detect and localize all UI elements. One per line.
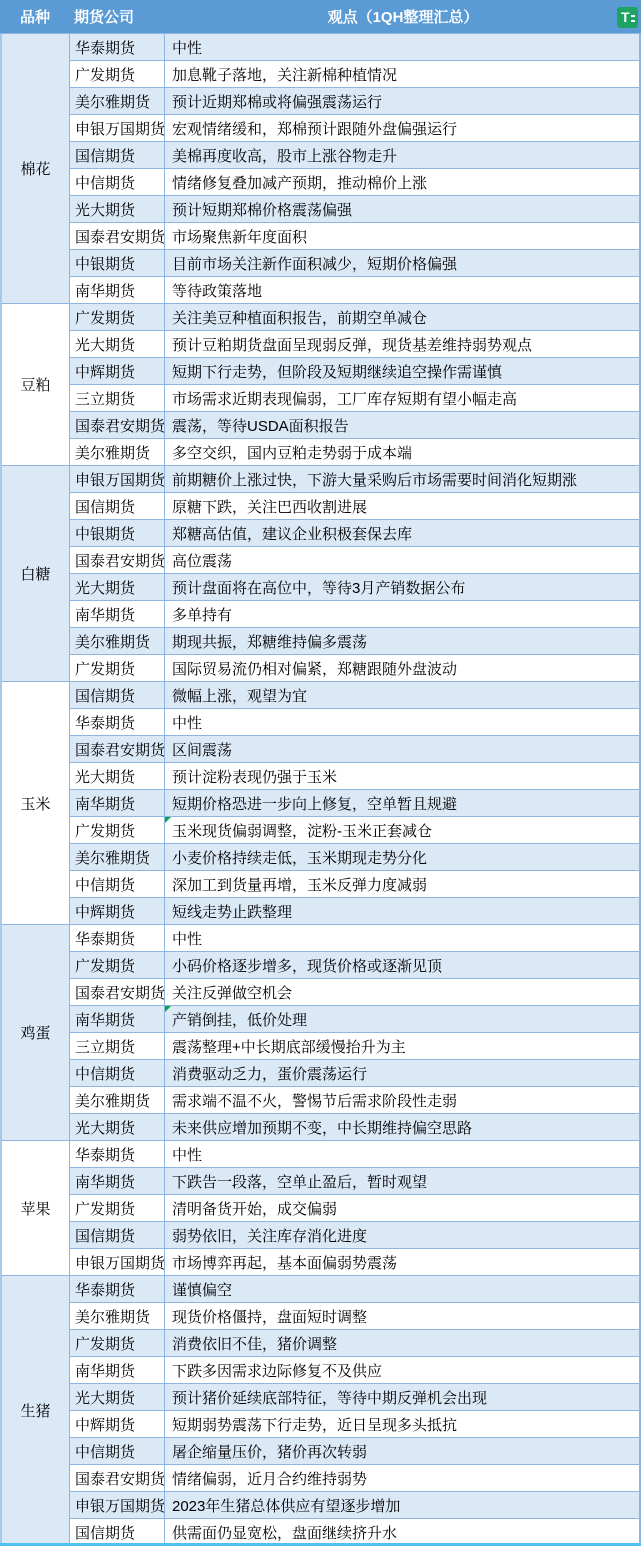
table-row: 中信期货消费驱动乏力，蛋价震荡运行 <box>70 1060 639 1087</box>
company-cell[interactable]: 广发期货 <box>70 952 165 978</box>
company-cell[interactable]: 广发期货 <box>70 304 165 330</box>
company-cell[interactable]: 申银万国期货 <box>70 1249 165 1275</box>
table-row: 国泰君安期货区间震荡 <box>70 736 639 763</box>
company-cell[interactable]: 光大期货 <box>70 331 165 357</box>
company-cell[interactable]: 中信期货 <box>70 871 165 897</box>
variety-rows: 华泰期货中性广发期货小码价格逐步增多，现货价格或逐渐见顶国泰君安期货关注反弹做空… <box>70 925 639 1140</box>
table-row: 华泰期货中性 <box>70 1141 639 1168</box>
opinion-cell[interactable]: 美棉再度收高，股市上涨谷物走升 <box>165 142 639 168</box>
table-row: 国泰君安期货关注反弹做空机会 <box>70 979 639 1006</box>
opinion-cell[interactable]: 高位震荡 <box>165 547 639 573</box>
opinions-table: 品种 期货公司 观点（1QH整理汇总） T 棉花华泰期货中性广发期货加息靴子落地… <box>0 0 641 1546</box>
variety-cell[interactable]: 白糖 <box>2 466 70 681</box>
variety-cell[interactable]: 生猪 <box>2 1276 70 1545</box>
company-cell[interactable]: 中信期货 <box>70 1438 165 1464</box>
opinion-cell[interactable]: 玉米现货偏弱调整，淀粉-玉米正套减仓 <box>165 817 639 843</box>
company-cell[interactable]: 南华期货 <box>70 601 165 627</box>
table-row: 美尔雅期货需求端不温不火，警惕节后需求阶段性走弱 <box>70 1087 639 1114</box>
company-cell[interactable]: 光大期货 <box>70 1114 165 1140</box>
company-cell[interactable]: 国泰君安期货 <box>70 979 165 1005</box>
opinion-cell[interactable]: 2023年生猪总体供应有望逐步增加 <box>165 1492 639 1518</box>
variety-rows: 华泰期货中性南华期货下跌告一段落，空单止盈后，暂时观望广发期货清明备货开始，成交… <box>70 1141 639 1275</box>
opinion-cell[interactable]: 关注反弹做空机会 <box>165 979 639 1005</box>
opinion-cell[interactable]: 下跌多因需求边际修复不及供应 <box>165 1357 639 1383</box>
company-cell[interactable]: 华泰期货 <box>70 925 165 951</box>
opinion-cell[interactable]: 深加工到货量再增，玉米反弹力度减弱 <box>165 871 639 897</box>
opinion-cell[interactable]: 原糖下跌，关注巴西收割进展 <box>165 493 639 519</box>
company-cell[interactable]: 华泰期货 <box>70 1141 165 1167</box>
opinion-cell[interactable]: 下跌告一段落，空单止盈后，暂时观望 <box>165 1168 639 1194</box>
header-opinion[interactable]: 观点（1QH整理汇总） <box>165 0 641 33</box>
opinion-cell[interactable]: 小码价格逐步增多，现货价格或逐渐见顶 <box>165 952 639 978</box>
opinion-cell[interactable]: 震荡，等待USDA面积报告 <box>165 412 639 438</box>
opinion-cell[interactable]: 消费依旧不佳，猪价调整 <box>165 1330 639 1356</box>
opinion-cell[interactable]: 短期下行走势，但阶段及短期继续追空操作需谨慎 <box>165 358 639 384</box>
table-row: 中银期货郑糖高估值，建议企业积极套保去库 <box>70 520 639 547</box>
table-row: 国泰君安期货震荡，等待USDA面积报告 <box>70 412 639 439</box>
opinion-cell[interactable]: 市场聚焦新年度面积 <box>165 223 639 249</box>
table-row: 华泰期货中性 <box>70 34 639 61</box>
opinion-cell[interactable]: 关注美豆种植面积报告，前期空单减仓 <box>165 304 639 330</box>
variety-cell[interactable]: 鸡蛋 <box>2 925 70 1140</box>
table-row: 申银万国期货宏观情绪缓和，郑棉预计跟随外盘偏强运行 <box>70 115 639 142</box>
table-row: 三立期货震荡整理+中长期底部缓慢抬升为主 <box>70 1033 639 1060</box>
table-row: 中辉期货短期下行走势，但阶段及短期继续追空操作需谨慎 <box>70 358 639 385</box>
table-row: 国信期货原糖下跌，关注巴西收割进展 <box>70 493 639 520</box>
opinion-cell[interactable]: 宏观情绪缓和，郑棉预计跟随外盘偏强运行 <box>165 115 639 141</box>
table-row: 广发期货小码价格逐步增多，现货价格或逐渐见顶 <box>70 952 639 979</box>
table-row: 申银万国期货2023年生猪总体供应有望逐步增加 <box>70 1492 639 1519</box>
table-row: 美尔雅期货预计近期郑棉或将偏强震荡运行 <box>70 88 639 115</box>
opinion-cell[interactable]: 加息靴子落地，关注新棉种植情况 <box>165 61 639 87</box>
table-header-row: 品种 期货公司 观点（1QH整理汇总） T <box>0 0 641 34</box>
opinion-cell[interactable]: 前期糖价上涨过快，下游大量采购后市场需要时间消化短期涨 <box>165 466 639 492</box>
company-cell[interactable]: 中信期货 <box>70 1060 165 1086</box>
table-row: 国信期货美棉再度收高，股市上涨谷物走升 <box>70 142 639 169</box>
company-cell[interactable]: 国信期货 <box>70 493 165 519</box>
table-row: 光大期货预计短期郑棉价格震荡偏强 <box>70 196 639 223</box>
company-cell[interactable]: 光大期货 <box>70 1384 165 1410</box>
opinion-cell[interactable]: 多单持有 <box>165 601 639 627</box>
table-row: 广发期货玉米现货偏弱调整，淀粉-玉米正套减仓 <box>70 817 639 844</box>
variety-group: 白糖申银万国期货前期糖价上涨过快，下游大量采购后市场需要时间消化短期涨国信期货原… <box>2 466 639 682</box>
opinion-cell[interactable]: 预计猪价延续底部特征，等待中期反弹机会出现 <box>165 1384 639 1410</box>
opinion-cell[interactable]: 短期弱势震荡下行走势，近日呈现多头抵抗 <box>165 1411 639 1437</box>
company-cell[interactable]: 国信期货 <box>70 1222 165 1248</box>
table-row: 华泰期货谨慎偏空 <box>70 1276 639 1303</box>
company-cell[interactable]: 中辉期货 <box>70 1411 165 1437</box>
table-row: 国泰君安期货市场聚焦新年度面积 <box>70 223 639 250</box>
company-cell[interactable]: 中银期货 <box>70 250 165 276</box>
opinion-cell[interactable]: 微幅上涨，观望为宜 <box>165 682 639 708</box>
company-cell[interactable]: 中辉期货 <box>70 358 165 384</box>
table-row: 广发期货清明备货开始，成交偏弱 <box>70 1195 639 1222</box>
variety-rows: 申银万国期货前期糖价上涨过快，下游大量采购后市场需要时间消化短期涨国信期货原糖下… <box>70 466 639 681</box>
company-cell[interactable]: 华泰期货 <box>70 709 165 735</box>
table-body: 棉花华泰期货中性广发期货加息靴子落地，关注新棉种植情况美尔雅期货预计近期郑棉或将… <box>0 34 641 1546</box>
opinion-cell[interactable]: 小麦价格持续走低，玉米期现走势分化 <box>165 844 639 870</box>
opinion-cell[interactable]: 产销倒挂，低价处理 <box>165 1006 639 1032</box>
company-cell[interactable]: 光大期货 <box>70 196 165 222</box>
table-row: 美尔雅期货期现共振，郑糖维持偏多震荡 <box>70 628 639 655</box>
table-row: 美尔雅期货小麦价格持续走低，玉米期现走势分化 <box>70 844 639 871</box>
company-cell[interactable]: 广发期货 <box>70 817 165 843</box>
table-row: 国信期货微幅上涨，观望为宜 <box>70 682 639 709</box>
variety-rows: 国信期货微幅上涨，观望为宜华泰期货中性国泰君安期货区间震荡光大期货预计淀粉表现仍… <box>70 682 639 924</box>
variety-group: 生猪华泰期货谨慎偏空美尔雅期货现货价格僵持，盘面短时调整广发期货消费依旧不佳，猪… <box>2 1276 639 1546</box>
header-company[interactable]: 期货公司 <box>70 0 165 33</box>
opinion-cell[interactable]: 情绪偏弱，近月合约维持弱势 <box>165 1465 639 1491</box>
opinion-cell[interactable]: 等待政策落地 <box>165 277 639 303</box>
variety-group: 豆粕广发期货关注美豆种植面积报告，前期空单减仓光大期货预计豆粕期货盘面呈现弱反弹… <box>2 304 639 466</box>
variety-cell[interactable]: 棉花 <box>2 34 70 303</box>
variety-group: 玉米国信期货微幅上涨，观望为宜华泰期货中性国泰君安期货区间震荡光大期货预计淀粉表… <box>2 682 639 925</box>
opinion-cell[interactable]: 区间震荡 <box>165 736 639 762</box>
table-row: 申银万国期货市场博弈再起，基本面偏弱势震荡 <box>70 1249 639 1275</box>
company-cell[interactable]: 美尔雅期货 <box>70 1303 165 1329</box>
table-row: 国泰君安期货高位震荡 <box>70 547 639 574</box>
opinion-cell[interactable]: 中性 <box>165 925 639 951</box>
company-cell[interactable]: 南华期货 <box>70 277 165 303</box>
opinion-cell[interactable]: 供需面仍显宽松，盘面继续挤升水 <box>165 1519 639 1545</box>
table-row: 光大期货预计猪价延续底部特征，等待中期反弹机会出现 <box>70 1384 639 1411</box>
table-row: 光大期货未来供应增加预期不变，中长期维持偏空思路 <box>70 1114 639 1140</box>
table-row: 南华期货多单持有 <box>70 601 639 628</box>
table-row: 南华期货下跌多因需求边际修复不及供应 <box>70 1357 639 1384</box>
opinion-cell[interactable]: 屠企缩量压价，猪价再次转弱 <box>165 1438 639 1464</box>
table-row: 华泰期货中性 <box>70 925 639 952</box>
opinion-cell[interactable]: 短期价格恐进一步向上修复，空单暂且规避 <box>165 790 639 816</box>
table-row: 中信期货情绪修复叠加减产预期，推动棉价上涨 <box>70 169 639 196</box>
opinion-cell[interactable]: 谨慎偏空 <box>165 1276 639 1302</box>
company-cell[interactable]: 广发期货 <box>70 1195 165 1221</box>
company-cell[interactable]: 美尔雅期货 <box>70 844 165 870</box>
opinion-cell[interactable]: 多空交织，国内豆粕走势弱于成本端 <box>165 439 639 465</box>
table-row: 光大期货预计淀粉表现仍强于玉米 <box>70 763 639 790</box>
company-cell[interactable]: 国信期货 <box>70 1519 165 1545</box>
company-cell[interactable]: 美尔雅期货 <box>70 1087 165 1113</box>
opinion-cell[interactable]: 情绪修复叠加减产预期，推动棉价上涨 <box>165 169 639 195</box>
company-cell[interactable]: 广发期货 <box>70 61 165 87</box>
company-cell[interactable]: 美尔雅期货 <box>70 439 165 465</box>
opinion-cell[interactable]: 弱势依旧，关注库存消化进度 <box>165 1222 639 1248</box>
company-cell[interactable]: 国信期货 <box>70 682 165 708</box>
opinion-cell[interactable]: 消费驱动乏力，蛋价震荡运行 <box>165 1060 639 1086</box>
company-cell[interactable]: 南华期货 <box>70 1006 165 1032</box>
variety-group: 鸡蛋华泰期货中性广发期货小码价格逐步增多，现货价格或逐渐见顶国泰君安期货关注反弹… <box>2 925 639 1141</box>
variety-group: 棉花华泰期货中性广发期货加息靴子落地，关注新棉种植情况美尔雅期货预计近期郑棉或将… <box>2 34 639 304</box>
table-row: 华泰期货中性 <box>70 709 639 736</box>
opinion-cell[interactable]: 清明备货开始，成交偏弱 <box>165 1195 639 1221</box>
opinion-cell[interactable]: 预计盘面将在高位中，等待3月产销数据公布 <box>165 574 639 600</box>
opinion-cell[interactable]: 震荡整理+中长期底部缓慢抬升为主 <box>165 1033 639 1059</box>
opinion-cell[interactable]: 中性 <box>165 1141 639 1167</box>
variety-rows: 华泰期货中性广发期货加息靴子落地，关注新棉种植情况美尔雅期货预计近期郑棉或将偏强… <box>70 34 639 303</box>
table-row: 美尔雅期货多空交织，国内豆粕走势弱于成本端 <box>70 439 639 465</box>
table-row: 国信期货弱势依旧，关注库存消化进度 <box>70 1222 639 1249</box>
company-cell[interactable]: 申银万国期货 <box>70 1492 165 1518</box>
cell-flag-triangle-icon <box>165 1006 171 1012</box>
variety-rows: 广发期货关注美豆种植面积报告，前期空单减仓光大期货预计豆粕期货盘面呈现弱反弹，现… <box>70 304 639 465</box>
company-cell[interactable]: 国泰君安期货 <box>70 223 165 249</box>
opinion-cell[interactable]: 市场需求近期表现偏弱，工厂库存短期有望小幅走高 <box>165 385 639 411</box>
company-cell[interactable]: 中辉期货 <box>70 898 165 924</box>
company-cell[interactable]: 国泰君安期货 <box>70 547 165 573</box>
variety-cell[interactable]: 苹果 <box>2 1141 70 1275</box>
table-row: 广发期货关注美豆种植面积报告，前期空单减仓 <box>70 304 639 331</box>
opinion-cell[interactable]: 未来供应增加预期不变，中长期维持偏空思路 <box>165 1114 639 1140</box>
opinion-cell[interactable]: 期现共振，郑糖维持偏多震荡 <box>165 628 639 654</box>
company-cell[interactable]: 三立期货 <box>70 1033 165 1059</box>
opinion-cell[interactable]: 目前市场关注新作面积减少，短期价格偏强 <box>165 250 639 276</box>
company-cell[interactable]: 国信期货 <box>70 142 165 168</box>
company-cell[interactable]: 南华期货 <box>70 790 165 816</box>
company-cell[interactable]: 申银万国期货 <box>70 115 165 141</box>
company-cell[interactable]: 南华期货 <box>70 1357 165 1383</box>
company-cell[interactable]: 申银万国期货 <box>70 466 165 492</box>
table-row: 南华期货等待政策落地 <box>70 277 639 303</box>
opinion-cell[interactable]: 国际贸易流仍相对偏紧，郑糖跟随外盘波动 <box>165 655 639 681</box>
opinion-cell[interactable]: 预计短期郑棉价格震荡偏强 <box>165 196 639 222</box>
opinion-cell[interactable]: 预计豆粕期货盘面呈现弱反弹，现货基差维持弱势观点 <box>165 331 639 357</box>
company-cell[interactable]: 广发期货 <box>70 655 165 681</box>
table-row: 中信期货屠企缩量压价，猪价再次转弱 <box>70 1438 639 1465</box>
table-row: 国信期货供需面仍显宽松，盘面继续挤升水 <box>70 1519 639 1545</box>
logo-letter: T <box>621 7 630 28</box>
company-cell[interactable]: 广发期货 <box>70 1330 165 1356</box>
company-cell[interactable]: 国泰君安期货 <box>70 412 165 438</box>
table-row: 广发期货加息靴子落地，关注新棉种植情况 <box>70 61 639 88</box>
opinion-cell[interactable]: 现货价格僵持，盘面短时调整 <box>165 1303 639 1329</box>
logo-T-icon: T <box>617 7 638 28</box>
table-row: 光大期货预计豆粕期货盘面呈现弱反弹，现货基差维持弱势观点 <box>70 331 639 358</box>
table-row: 广发期货国际贸易流仍相对偏紧，郑糖跟随外盘波动 <box>70 655 639 681</box>
logo-bars-icon <box>631 15 635 17</box>
variety-cell[interactable]: 豆粕 <box>2 304 70 465</box>
table-row: 光大期货预计盘面将在高位中，等待3月产销数据公布 <box>70 574 639 601</box>
variety-group: 苹果华泰期货中性南华期货下跌告一段落，空单止盈后，暂时观望广发期货清明备货开始，… <box>2 1141 639 1276</box>
company-cell[interactable]: 光大期货 <box>70 574 165 600</box>
header-variety[interactable]: 品种 <box>0 0 70 33</box>
company-cell[interactable]: 美尔雅期货 <box>70 88 165 114</box>
company-cell[interactable]: 中银期货 <box>70 520 165 546</box>
company-cell[interactable]: 三立期货 <box>70 385 165 411</box>
table-row: 南华期货短期价格恐进一步向上修复，空单暂且规避 <box>70 790 639 817</box>
table-row: 中银期货目前市场关注新作面积减少，短期价格偏强 <box>70 250 639 277</box>
table-row: 三立期货市场需求近期表现偏弱，工厂库存短期有望小幅走高 <box>70 385 639 412</box>
table-row: 广发期货消费依旧不佳，猪价调整 <box>70 1330 639 1357</box>
table-row: 国泰君安期货情绪偏弱，近月合约维持弱势 <box>70 1465 639 1492</box>
company-cell[interactable]: 光大期货 <box>70 763 165 789</box>
opinion-cell[interactable]: 预计近期郑棉或将偏强震荡运行 <box>165 88 639 114</box>
table-row: 中信期货深加工到货量再增，玉米反弹力度减弱 <box>70 871 639 898</box>
company-cell[interactable]: 华泰期货 <box>70 34 165 60</box>
variety-rows: 华泰期货谨慎偏空美尔雅期货现货价格僵持，盘面短时调整广发期货消费依旧不佳，猪价调… <box>70 1276 639 1545</box>
table-row: 南华期货下跌告一段落，空单止盈后，暂时观望 <box>70 1168 639 1195</box>
company-cell[interactable]: 美尔雅期货 <box>70 628 165 654</box>
opinion-cell[interactable]: 短线走势止跌整理 <box>165 898 639 924</box>
company-cell[interactable]: 国泰君安期货 <box>70 736 165 762</box>
opinion-cell[interactable]: 需求端不温不火，警惕节后需求阶段性走弱 <box>165 1087 639 1113</box>
table-row: 美尔雅期货现货价格僵持，盘面短时调整 <box>70 1303 639 1330</box>
company-cell[interactable]: 中信期货 <box>70 169 165 195</box>
table-row: 南华期货产销倒挂，低价处理 <box>70 1006 639 1033</box>
opinion-cell[interactable]: 中性 <box>165 709 639 735</box>
company-cell[interactable]: 南华期货 <box>70 1168 165 1194</box>
opinion-cell[interactable]: 郑糖高估值，建议企业积极套保去库 <box>165 520 639 546</box>
company-cell[interactable]: 国泰君安期货 <box>70 1465 165 1491</box>
table-row: 中辉期货短线走势止跌整理 <box>70 898 639 924</box>
variety-cell[interactable]: 玉米 <box>2 682 70 924</box>
opinion-cell[interactable]: 中性 <box>165 34 639 60</box>
company-cell[interactable]: 华泰期货 <box>70 1276 165 1302</box>
table-row: 中辉期货短期弱势震荡下行走势，近日呈现多头抵抗 <box>70 1411 639 1438</box>
table-row: 申银万国期货前期糖价上涨过快，下游大量采购后市场需要时间消化短期涨 <box>70 466 639 493</box>
cell-flag-triangle-icon <box>165 817 171 823</box>
opinion-cell[interactable]: 预计淀粉表现仍强于玉米 <box>165 763 639 789</box>
opinion-cell[interactable]: 市场博弈再起，基本面偏弱势震荡 <box>165 1249 639 1275</box>
